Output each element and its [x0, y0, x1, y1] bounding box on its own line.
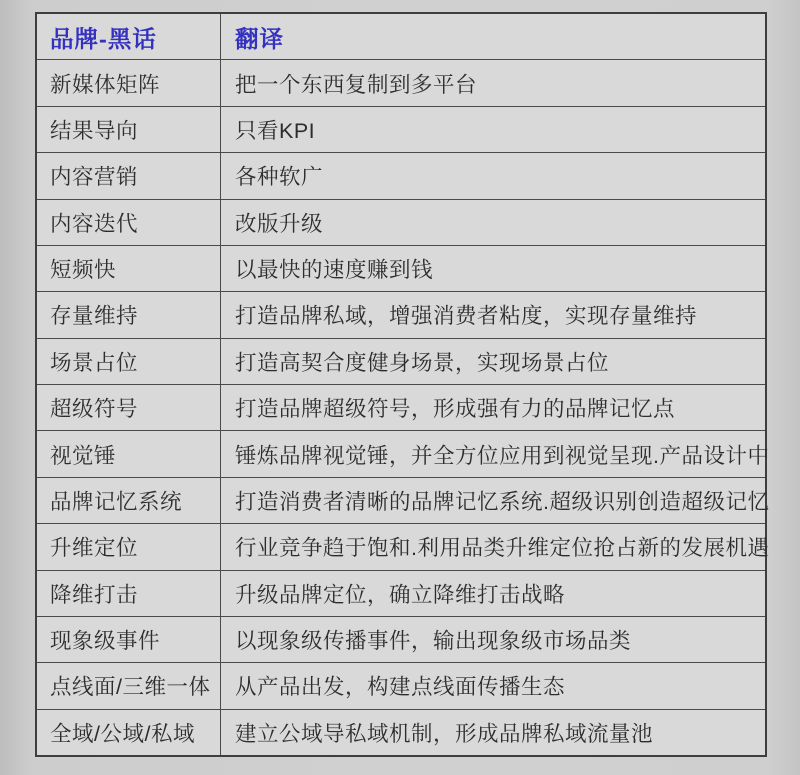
- translation-cell: 以最快的速度赚到钱: [221, 246, 765, 291]
- translation-cell: 打造消费者清晰的品牌记忆系统.超级识别创造超级记忆: [221, 478, 765, 523]
- table-row: 升维定位 行业竞争趋于饱和.利用品类升维定位抢占新的发展机遇: [37, 523, 765, 569]
- term-text: 升维定位: [50, 531, 138, 562]
- translation-cell: 只看KPI: [221, 107, 765, 152]
- term-cell: 超级符号: [37, 385, 221, 430]
- translation-text: 打造品牌超级符号，形成强有力的品牌记忆点: [235, 392, 675, 423]
- table-row: 品牌记忆系统 打造消费者清晰的品牌记忆系统.超级识别创造超级记忆: [37, 477, 765, 523]
- table-row: 存量维持 打造品牌私域，增强消费者粘度，实现存量维持: [37, 291, 765, 337]
- header-term-label: 品牌-黑话: [50, 20, 157, 54]
- term-text: 内容迭代: [50, 207, 138, 238]
- translation-text: 升级品牌定位，确立降维打击战略: [235, 578, 565, 609]
- translation-text: 行业竞争趋于饱和.利用品类升维定位抢占新的发展机遇: [235, 531, 769, 562]
- table-row: 降维打击 升级品牌定位，确立降维打击战略: [37, 570, 765, 616]
- term-text: 短频快: [50, 253, 116, 284]
- translation-text: 以现象级传播事件，输出现象级市场品类: [235, 624, 631, 655]
- term-cell: 短频快: [37, 246, 221, 291]
- translation-cell: 打造品牌私域，增强消费者粘度，实现存量维持: [221, 292, 765, 337]
- term-text: 现象级事件: [50, 624, 160, 655]
- term-text: 品牌记忆系统: [50, 485, 182, 516]
- table-row: 内容营销 各种软广: [37, 152, 765, 198]
- translation-cell: 升级品牌定位，确立降维打击战略: [221, 571, 765, 616]
- translation-text: 从产品出发，构建点线面传播生态: [235, 670, 565, 701]
- term-cell: 视觉锤: [37, 431, 221, 476]
- header-cell-term: 品牌-黑话: [37, 14, 221, 59]
- header-translation-label: 翻译: [235, 20, 284, 54]
- translation-text: 打造品牌私域，增强消费者粘度，实现存量维持: [235, 299, 697, 330]
- translation-text: 改版升级: [235, 207, 323, 238]
- term-cell: 降维打击: [37, 571, 221, 616]
- term-text: 结果导向: [50, 114, 138, 145]
- term-text: 内容营销: [50, 160, 138, 191]
- translation-text: 把一个东西复制到多平台: [235, 68, 477, 99]
- term-cell: 现象级事件: [37, 617, 221, 662]
- header-cell-translation: 翻译: [221, 14, 765, 59]
- term-cell: 内容迭代: [37, 200, 221, 245]
- term-text: 点线面/三维一体: [50, 670, 210, 701]
- table-row: 点线面/三维一体 从产品出发，构建点线面传播生态: [37, 662, 765, 708]
- translation-cell: 各种软广: [221, 153, 765, 198]
- term-cell: 场景占位: [37, 339, 221, 384]
- term-text: 新媒体矩阵: [50, 68, 160, 99]
- term-text: 视觉锤: [50, 439, 116, 470]
- translation-cell: 以现象级传播事件，输出现象级市场品类: [221, 617, 765, 662]
- table-row: 场景占位 打造高契合度健身场景，实现场景占位: [37, 338, 765, 384]
- table-row: 结果导向 只看KPI: [37, 106, 765, 152]
- term-cell: 全域/公域/私域: [37, 710, 221, 755]
- table-row: 全域/公域/私域 建立公域导私域机制，形成品牌私域流量池: [37, 709, 765, 755]
- term-cell: 内容营销: [37, 153, 221, 198]
- term-cell: 存量维持: [37, 292, 221, 337]
- translation-cell: 打造高契合度健身场景，实现场景占位: [221, 339, 765, 384]
- translation-text: 锤炼品牌视觉锤，并全方位应用到视觉呈现.产品设计中: [235, 439, 769, 470]
- table-row: 现象级事件 以现象级传播事件，输出现象级市场品类: [37, 616, 765, 662]
- translation-text: 只看KPI: [235, 114, 315, 145]
- term-cell: 升维定位: [37, 524, 221, 569]
- table-row: 视觉锤 锤炼品牌视觉锤，并全方位应用到视觉呈现.产品设计中: [37, 430, 765, 476]
- term-text: 存量维持: [50, 299, 138, 330]
- translation-cell: 建立公域导私域机制，形成品牌私域流量池: [221, 710, 765, 755]
- term-cell: 品牌记忆系统: [37, 478, 221, 523]
- translation-cell: 把一个东西复制到多平台: [221, 60, 765, 105]
- table-row: 内容迭代 改版升级: [37, 199, 765, 245]
- table-row: 超级符号 打造品牌超级符号，形成强有力的品牌记忆点: [37, 384, 765, 430]
- table-header-row: 品牌-黑话 翻译: [37, 14, 765, 59]
- translation-text: 打造消费者清晰的品牌记忆系统.超级识别创造超级记忆: [235, 485, 769, 516]
- translation-cell: 从产品出发，构建点线面传播生态: [221, 663, 765, 708]
- term-text: 场景占位: [50, 346, 138, 377]
- term-cell: 结果导向: [37, 107, 221, 152]
- translation-cell: 打造品牌超级符号，形成强有力的品牌记忆点: [221, 385, 765, 430]
- term-cell: 点线面/三维一体: [37, 663, 221, 708]
- table-row: 短频快 以最快的速度赚到钱: [37, 245, 765, 291]
- translation-cell: 行业竞争趋于饱和.利用品类升维定位抢占新的发展机遇: [221, 524, 765, 569]
- translation-text: 建立公域导私域机制，形成品牌私域流量池: [235, 717, 653, 748]
- table-row: 新媒体矩阵 把一个东西复制到多平台: [37, 59, 765, 105]
- translation-text: 以最快的速度赚到钱: [235, 253, 433, 284]
- term-text: 降维打击: [50, 578, 138, 609]
- term-text: 全域/公域/私域: [50, 717, 195, 748]
- jargon-translation-table: 品牌-黑话 翻译 新媒体矩阵 把一个东西复制到多平台 结果导向 只看KPI 内容…: [35, 12, 767, 757]
- term-text: 超级符号: [50, 392, 138, 423]
- term-cell: 新媒体矩阵: [37, 60, 221, 105]
- translation-cell: 改版升级: [221, 200, 765, 245]
- translation-cell: 锤炼品牌视觉锤，并全方位应用到视觉呈现.产品设计中: [221, 431, 765, 476]
- translation-text: 打造高契合度健身场景，实现场景占位: [235, 346, 609, 377]
- translation-text: 各种软广: [235, 160, 323, 191]
